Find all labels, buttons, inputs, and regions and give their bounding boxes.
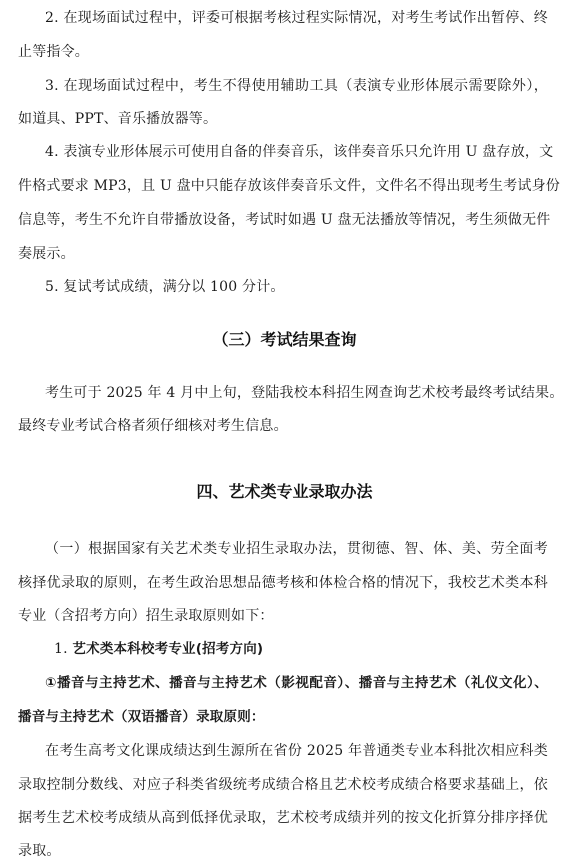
rule-5-line-1: 5. 复试考试成绩，满分以 100 分计。 [45, 277, 548, 297]
rule-3-line-2: 如道具、PPT、音乐播放器等。 [18, 109, 548, 129]
rule-4-line-1: 4. 表演专业形体展示可使用自备的伴奏音乐，该伴奏音乐只允许用 U 盘存放，文 [45, 142, 548, 162]
item-1-title-line-1: ①播音与主持艺术、播音与主持艺术（影视配音）、播音与主持艺术（礼仪文化）、 [45, 673, 548, 693]
rule-4-line-3: 信息等，考生不允许自带播放设备，考试时如遇 U 盘无法播放等情况，考生须做无件 [18, 210, 548, 230]
rule-4-line-2: 件格式要求 MP3，且 U 盘中只能存放该伴奏音乐文件，文件名不得出现考生考试身… [18, 176, 548, 196]
section-4-intro-line-3: 专业（含招考方向）招生录取原则如下： [18, 606, 548, 626]
item-1-body-line-2: 录取控制分数线、对应子科类省级统考成绩合格且艺术校考成绩合格要求基础上，依 [18, 775, 548, 795]
subheading-number: 1. [54, 641, 68, 657]
rule-4-line-4: 奏展示。 [18, 244, 548, 264]
item-1-body-line-1: 在考生高考文化课成绩达到生源所在省份 2025 年普通类专业本科批次相应科类 [45, 741, 548, 761]
rule-2-line-1: 2. 在现场面试过程中，评委可根据考核过程实际情况，对考生考试作出暂停、终 [45, 8, 548, 28]
section-3-line-2: 最终专业考试合格者须仔细核对考生信息。 [18, 416, 548, 436]
section-3-line-1: 考生可于 2025 年 4 月中上旬，登陆我校本科招生网查询艺术校考最终考试结果… [45, 383, 548, 403]
rule-3-line-1: 3. 在现场面试过程中，考生不得使用辅助工具（表演专业形体展示需要除外）， [45, 76, 548, 96]
item-1-title-line-2: 播音与主持艺术（双语播音）录取原则： [18, 707, 548, 727]
section-4-heading: 四、艺术类专业录取办法 [0, 481, 569, 503]
item-1-body-line-3: 据考生艺术校考成绩从高到低择优录取，艺术校考成绩并列的按文化折算分排序择优 [18, 808, 548, 828]
subheading-1: 1. 艺术类本科校考专业(招考方向) [54, 639, 548, 659]
section-4-intro-line-1: （一）根据国家有关艺术类专业招生录取办法，贯彻德、智、体、美、劳全面考 [45, 539, 548, 559]
rule-2-line-2: 止等指令。 [18, 42, 548, 62]
subheading-title: 艺术类本科校考专业(招考方向) [72, 641, 263, 657]
section-3-heading: （三）考试结果查询 [0, 329, 569, 351]
item-1-body-line-4: 录取。 [18, 841, 548, 861]
section-4-intro-line-2: 核择优录取的原则，在考生政治思想品德考核和体检合格的情况下，我校艺术类本科 [18, 573, 548, 593]
